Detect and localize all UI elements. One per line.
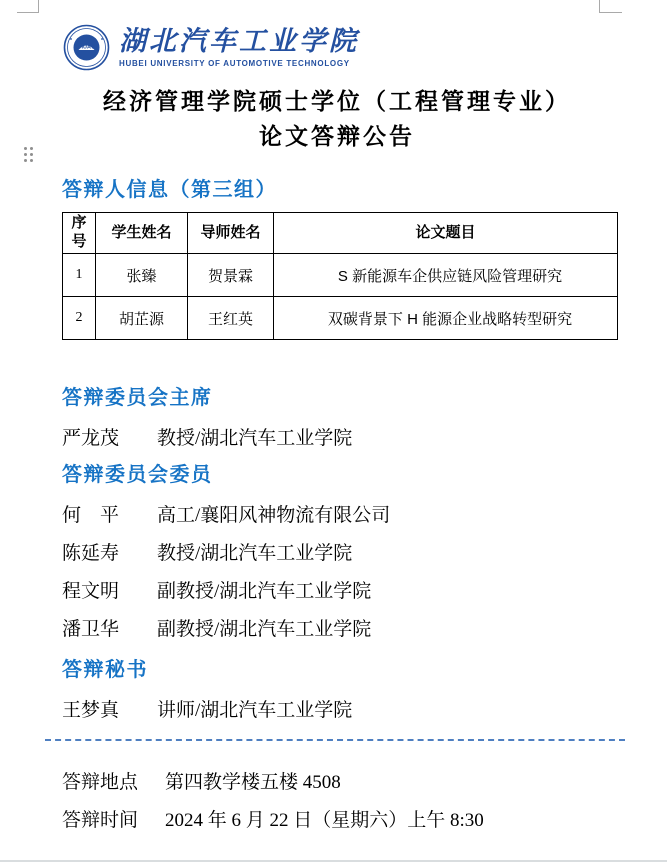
cell-supervisor: 贺景霖 xyxy=(188,254,274,297)
col-header-topic: 论文题目 xyxy=(274,213,618,254)
drag-handle-icon[interactable] xyxy=(24,147,33,162)
page-title: 经济管理学院硕士学位（工程管理专业） 论文答辩公告 xyxy=(62,84,612,154)
col-header-student: 学生姓名 xyxy=(96,213,188,254)
col-header-supervisor: 导师姓名 xyxy=(188,213,274,254)
university-name-cn: 湖北汽车工业学院 xyxy=(119,27,359,57)
cell-topic: S 新能源车企供应链风险管理研究 xyxy=(274,254,618,297)
logo-text-block: 湖北汽车工业学院 HUBEI UNIVERSITY OF AUTOMOTIVE … xyxy=(119,27,359,68)
heading-candidates: 答辩人信息（第三组） xyxy=(62,178,612,202)
member-role: 副教授/湖北汽车工业学院 xyxy=(157,577,371,607)
member-role: 副教授/湖北汽车工业学院 xyxy=(157,615,371,645)
member-role: 高工/襄阳风神物流有限公司 xyxy=(157,501,390,531)
member-row: 何 平 高工/襄阳风神物流有限公司 xyxy=(62,501,612,531)
table-header-row: 序号 学生姓名 导师姓名 论文题目 xyxy=(63,213,618,254)
table-row: 2 胡芷源 王红英 双碳背景下 H 能源企业战略转型研究 xyxy=(63,297,618,340)
time-label: 答辩时间 xyxy=(62,806,165,836)
margin-crop-mark-top-right xyxy=(599,0,622,13)
heading-chair: 答辩委员会主席 xyxy=(62,386,612,410)
dashed-divider xyxy=(45,739,625,741)
university-seal-icon: HUAT xyxy=(63,24,110,71)
document-page: { "logo": { "seal_text": "HUAT", "cn_nam… xyxy=(0,0,667,862)
defense-time-row: 答辩时间 2024 年 6 月 22 日（星期六）上午 8:30 xyxy=(62,806,612,836)
page-title-line1: 经济管理学院硕士学位（工程管理专业） xyxy=(62,84,612,119)
heading-secretary: 答辩秘书 xyxy=(62,658,612,682)
cell-no: 2 xyxy=(63,297,96,340)
document-content: 经济管理学院硕士学位（工程管理专业） 论文答辩公告 答辩人信息（第三组） 序号 … xyxy=(0,84,667,836)
defense-location-row: 答辩地点 第四教学楼五楼 4508 xyxy=(62,768,612,798)
candidates-table: 序号 学生姓名 导师姓名 论文题目 1 张臻 贺景霖 S 新能源车企供应链风险管… xyxy=(62,212,618,340)
university-logo: HUAT 湖北汽车工业学院 HUBEI UNIVERSITY OF AUTOMO… xyxy=(63,24,359,71)
location-value: 第四教学楼五楼 4508 xyxy=(165,768,341,798)
cell-student: 胡芷源 xyxy=(96,297,188,340)
member-row: 严龙茂 教授/湖北汽车工业学院 xyxy=(62,424,612,454)
seal-text: HUAT xyxy=(79,45,95,51)
cell-student: 张臻 xyxy=(96,254,188,297)
member-role: 教授/湖北汽车工业学院 xyxy=(157,539,352,569)
margin-crop-mark-top-left xyxy=(17,0,39,13)
member-name: 何 平 xyxy=(62,501,157,531)
member-name: 严龙茂 xyxy=(62,424,157,454)
university-name-en: HUBEI UNIVERSITY OF AUTOMOTIVE TECHNOLOG… xyxy=(119,59,359,68)
table-row: 1 张臻 贺景霖 S 新能源车企供应链风险管理研究 xyxy=(63,254,618,297)
member-name: 程文明 xyxy=(62,577,157,607)
member-name: 潘卫华 xyxy=(62,615,157,645)
member-row: 王梦真 讲师/湖北汽车工业学院 xyxy=(62,696,612,726)
page-title-line2: 论文答辩公告 xyxy=(62,119,612,154)
heading-committee: 答辩委员会委员 xyxy=(62,463,612,487)
member-role: 教授/湖北汽车工业学院 xyxy=(157,424,352,454)
cell-topic: 双碳背景下 H 能源企业战略转型研究 xyxy=(274,297,618,340)
member-row: 陈延寿 教授/湖北汽车工业学院 xyxy=(62,539,612,569)
cell-no: 1 xyxy=(63,254,96,297)
member-role: 讲师/湖北汽车工业学院 xyxy=(157,696,352,726)
member-name: 王梦真 xyxy=(62,696,157,726)
cell-supervisor: 王红英 xyxy=(188,297,274,340)
time-value: 2024 年 6 月 22 日（星期六）上午 8:30 xyxy=(165,806,484,836)
location-label: 答辩地点 xyxy=(62,768,165,798)
col-header-no: 序号 xyxy=(63,213,96,254)
member-row: 潘卫华 副教授/湖北汽车工业学院 xyxy=(62,615,612,645)
member-name: 陈延寿 xyxy=(62,539,157,569)
member-row: 程文明 副教授/湖北汽车工业学院 xyxy=(62,577,612,607)
